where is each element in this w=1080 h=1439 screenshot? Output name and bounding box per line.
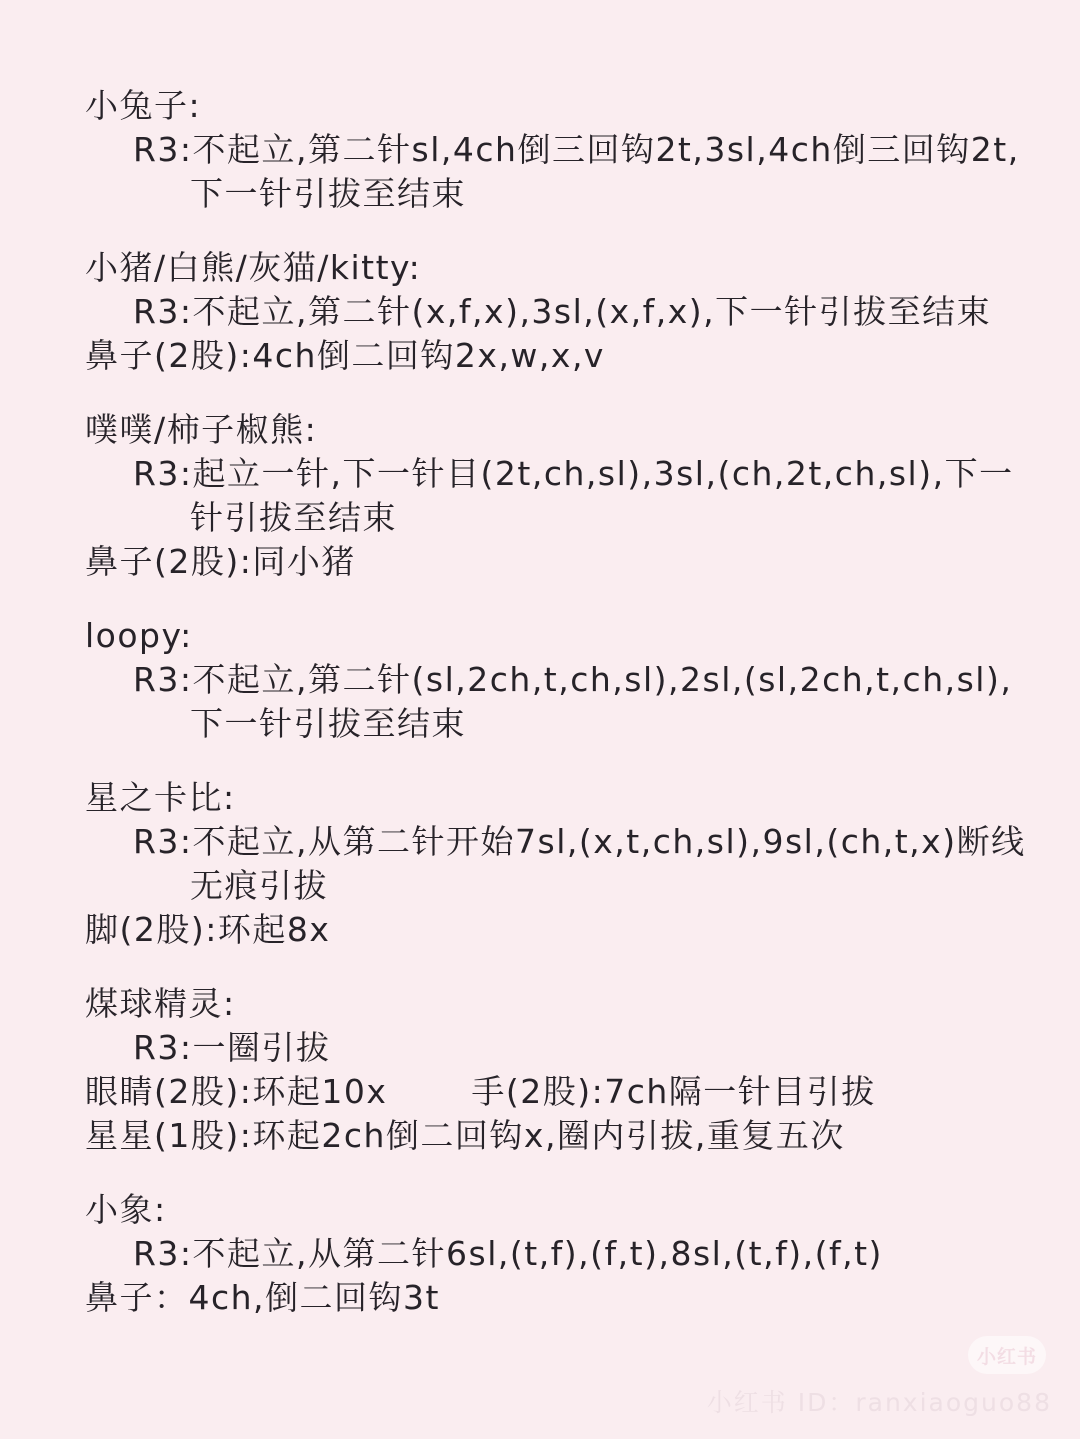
pattern-line: 无痕引拔 (85, 864, 1060, 908)
watermark-id-text: 小红书 ID：ranxiaoguo88 (707, 1383, 1052, 1419)
section-pig-bear-cat-kitty: 小猪/白熊/灰猫/kitty: R3:不起立,第二针(x,f,x),3sl,(x… (85, 246, 1060, 378)
pattern-notes-page: 小兔子: R3:不起立,第二针sl,4ch倒三回钩2t,3sl,4ch倒三回钩2… (0, 0, 1080, 1439)
section-title: 星之卡比: (85, 776, 1060, 820)
section-title: 小象: (85, 1188, 1060, 1232)
section-kirby: 星之卡比: R3:不起立,从第二针开始7sl,(x,t,ch,sl),9sl,(… (85, 776, 1060, 952)
pattern-line: 眼睛(2股):环起10x手(2股):7ch隔一针目引拔 (85, 1070, 1060, 1114)
pattern-notes-content: 小兔子: R3:不起立,第二针sl,4ch倒三回钩2t,3sl,4ch倒三回钩2… (85, 84, 1060, 1350)
section-title: 小猪/白熊/灰猫/kitty: (85, 246, 1060, 290)
pattern-line: 星星(1股):环起2ch倒二回钩x,圈内引拔,重复五次 (85, 1114, 1060, 1158)
xiaohongshu-logo-badge: 小红书 (968, 1336, 1046, 1374)
section-loopy: loopy: R3:不起立,第二针(sl,2ch,t,ch,sl),2sl,(s… (85, 614, 1060, 746)
pattern-line: R3:一圈引拔 (85, 1026, 1060, 1070)
pattern-line: 下一针引拔至结束 (85, 702, 1060, 746)
pattern-line: R3:不起立,从第二针6sl,(t,f),(f,t),8sl,(t,f),(f,… (85, 1232, 1060, 1276)
pattern-line: R3:不起立,从第二针开始7sl,(x,t,ch,sl),9sl,(ch,t,x… (85, 820, 1060, 864)
section-title: loopy: (85, 614, 1060, 658)
pattern-line: R3:不起立,第二针(sl,2ch,t,ch,sl),2sl,(sl,2ch,t… (85, 658, 1060, 702)
pattern-line: 鼻子(2股):4ch倒二回钩2x,w,x,v (85, 334, 1060, 378)
section-title: 噗噗/柿子椒熊: (85, 408, 1060, 452)
pattern-line: R3:不起立,第二针sl,4ch倒三回钩2t,3sl,4ch倒三回钩2t, (85, 128, 1060, 172)
pattern-line: 脚(2股):环起8x (85, 908, 1060, 952)
section-pupu-pepper-bear: 噗噗/柿子椒熊: R3:起立一针,下一针目(2t,ch,sl),3sl,(ch,… (85, 408, 1060, 584)
hand-instruction: 手(2股):7ch隔一针目引拔 (471, 1072, 875, 1111)
pattern-line: 针引拔至结束 (85, 496, 1060, 540)
section-title: 小兔子: (85, 84, 1060, 128)
xiaohongshu-logo-text: 小红书 (977, 1342, 1037, 1369)
pattern-line: 下一针引拔至结束 (85, 172, 1060, 216)
section-rabbit: 小兔子: R3:不起立,第二针sl,4ch倒三回钩2t,3sl,4ch倒三回钩2… (85, 84, 1060, 216)
pattern-line: 鼻子(2股):同小猪 (85, 540, 1060, 584)
pattern-line: R3:起立一针,下一针目(2t,ch,sl),3sl,(ch,2t,ch,sl)… (85, 452, 1060, 496)
pattern-line: R3:不起立,第二针(x,f,x),3sl,(x,f,x),下一针引拔至结束 (85, 290, 1060, 334)
pattern-line: 鼻子：4ch,倒二回钩3t (85, 1276, 1060, 1320)
section-soot-sprite: 煤球精灵: R3:一圈引拔 眼睛(2股):环起10x手(2股):7ch隔一针目引… (85, 982, 1060, 1158)
section-title: 煤球精灵: (85, 982, 1060, 1026)
eyes-instruction: 眼睛(2股):环起10x (85, 1072, 387, 1111)
section-elephant: 小象: R3:不起立,从第二针6sl,(t,f),(f,t),8sl,(t,f)… (85, 1188, 1060, 1320)
